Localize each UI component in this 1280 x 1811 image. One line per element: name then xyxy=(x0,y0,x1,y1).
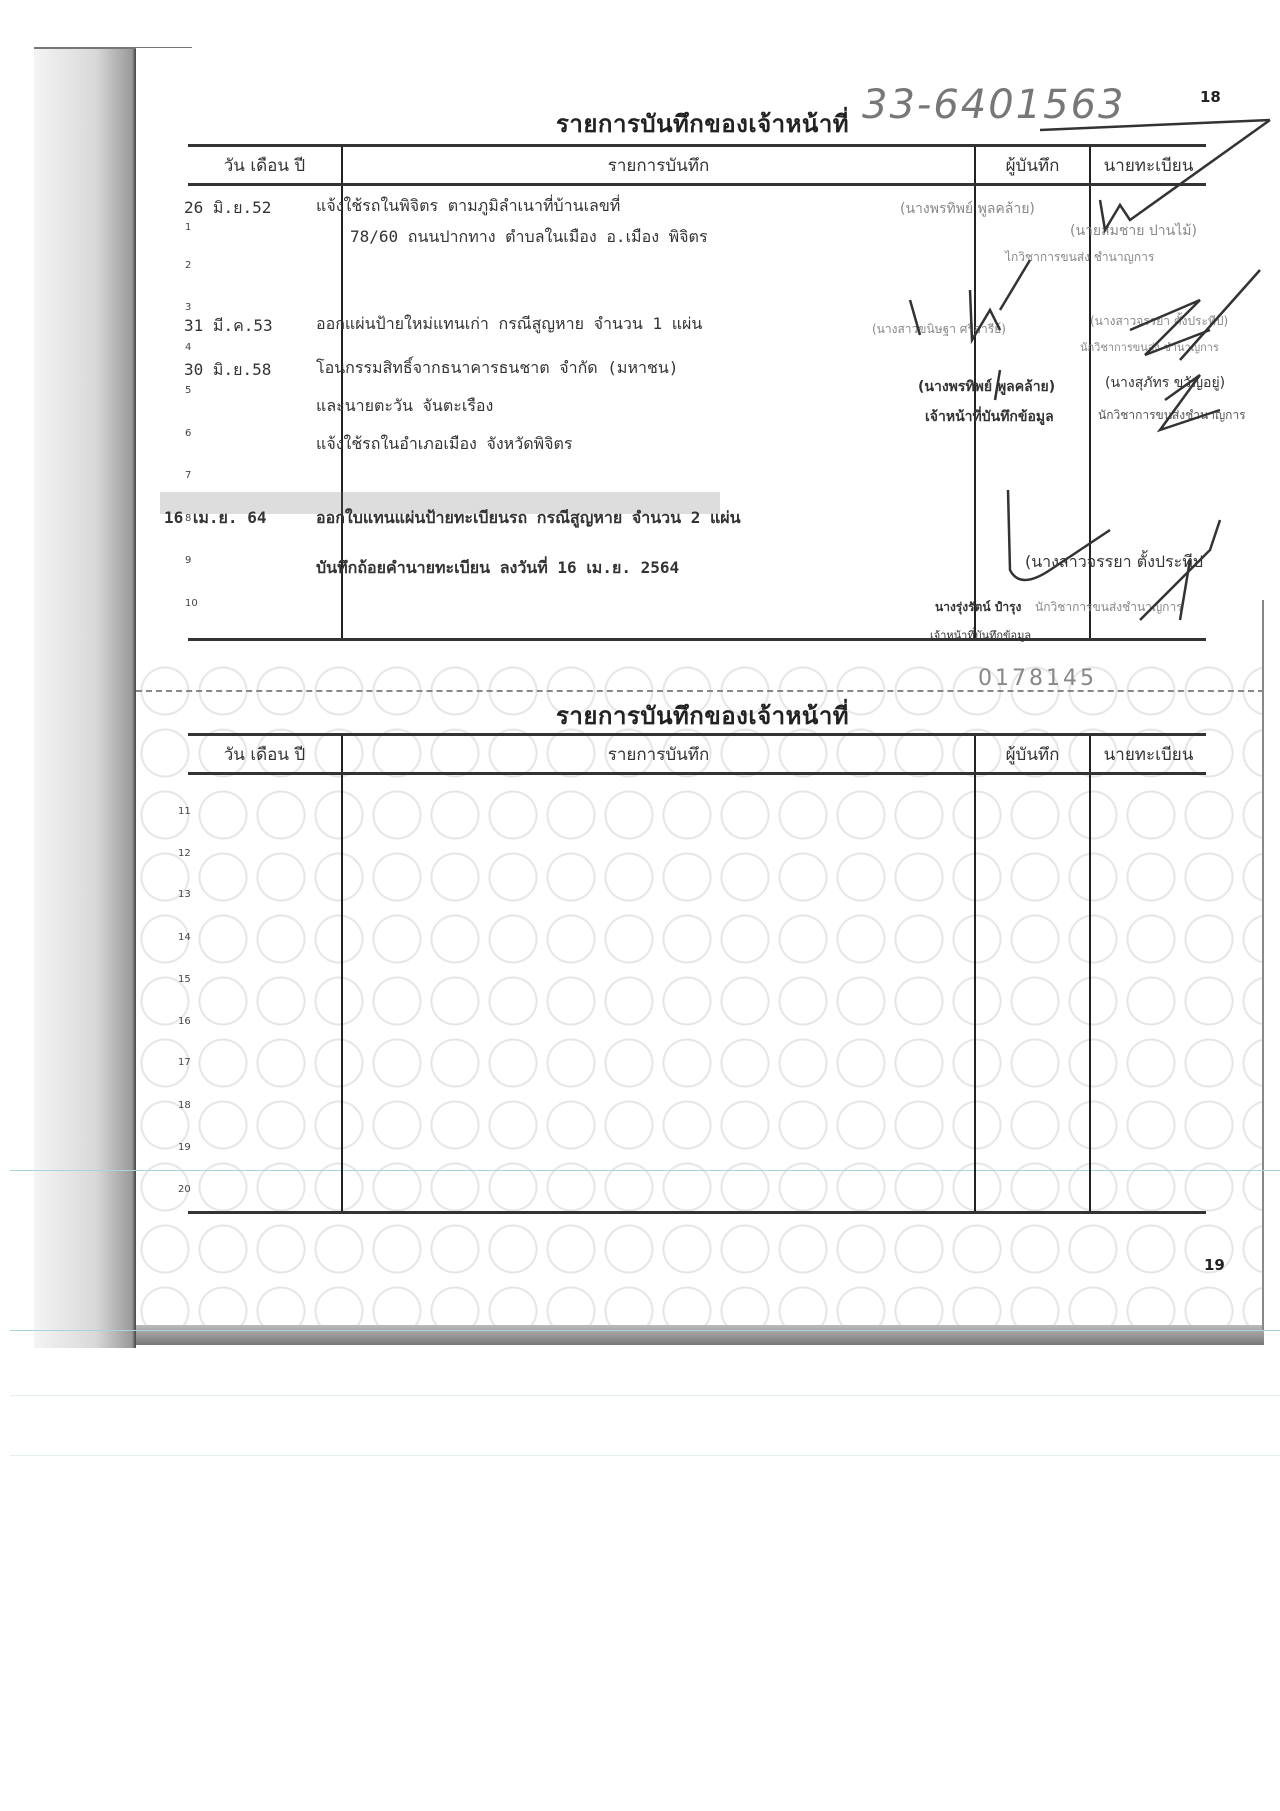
page-number: 19 xyxy=(1204,1256,1225,1274)
entry-text: 78/60 ถนนปากทาง ตำบลในเมือง อ.เมือง พิจิ… xyxy=(350,225,708,250)
entry-date: 31 มี.ค.53 xyxy=(184,314,273,339)
page-edge-right xyxy=(1262,600,1264,1330)
line-number: 4 xyxy=(185,342,191,353)
line-number: 1 xyxy=(185,222,191,233)
line-number: 13 xyxy=(178,889,191,900)
page-bottom-shadow xyxy=(136,1325,1264,1345)
line-number: 10 xyxy=(185,598,198,609)
entry-date: 26 มิ.ย.52 xyxy=(184,196,271,221)
line-number: 12 xyxy=(178,848,191,859)
entry-date: 16 เม.ย. 64 xyxy=(164,506,266,531)
entry-text: แจ้งใช้รถในพิจิตร ตามภูมิลำเนาที่บ้านเลข… xyxy=(316,194,620,219)
header-entry: รายการบันทึก xyxy=(342,146,975,185)
entry-text: ออกใบแทนแผ่นป้ายทะเบียนรถ กรณีสูญหาย จำน… xyxy=(316,506,741,531)
line-number: 6 xyxy=(185,428,191,439)
ruled-line xyxy=(10,1455,1280,1456)
scan-shadow xyxy=(34,48,136,1348)
header-entry: รายการบันทึก xyxy=(342,735,975,774)
line-number: 3 xyxy=(185,302,191,313)
line-number: 7 xyxy=(185,470,191,481)
signature-scribbles xyxy=(900,100,1280,660)
entry-date: 30 มิ.ย.58 xyxy=(184,358,271,383)
line-number: 14 xyxy=(178,932,191,943)
line-number: 19 xyxy=(178,1142,191,1153)
entry-text: ออกแผ่นป้ายใหม่แทนเก่า กรณีสูญหาย จำนวน … xyxy=(316,312,702,337)
header-date: วัน เดือน ปี xyxy=(188,735,342,774)
line-number: 20 xyxy=(178,1184,191,1195)
ruled-line xyxy=(10,1395,1280,1396)
line-number: 16 xyxy=(178,1016,191,1027)
line-number: 5 xyxy=(185,385,191,396)
entry-text: โอนกรรมสิทธิ์จากธนาคารธนชาต จำกัด (มหาชน… xyxy=(316,356,678,381)
section-title: รายการบันทึกของเจ้าหน้าที่ xyxy=(556,104,849,143)
line-number: 15 xyxy=(178,974,191,985)
records-table-empty: วัน เดือน ปี รายการบันทึก ผู้บันทึก นายท… xyxy=(188,733,1206,1214)
line-number: 2 xyxy=(185,260,191,271)
entry-text: แจ้งใช้รถในอำเภอเมือง จังหวัดพิจิตร xyxy=(316,432,573,457)
section-title: รายการบันทึกของเจ้าหน้าที่ xyxy=(556,696,849,735)
header-registrar: นายทะเบียน xyxy=(1090,735,1206,774)
line-number: 11 xyxy=(178,806,191,817)
entry-text: บันทึกถ้อยคำนายทะเบียน ลงวันที่ 16 เม.ย.… xyxy=(316,556,679,581)
serial-number: 0178145 xyxy=(978,666,1097,691)
line-number: 9 xyxy=(185,555,191,566)
line-number: 17 xyxy=(178,1057,191,1068)
header-recorder: ผู้บันทึก xyxy=(975,735,1090,774)
header-date: วัน เดือน ปี xyxy=(188,146,342,185)
line-number: 18 xyxy=(178,1100,191,1111)
entry-text: และนายตะวัน จันตะเรือง xyxy=(316,394,493,419)
ruled-line xyxy=(10,1330,1280,1331)
